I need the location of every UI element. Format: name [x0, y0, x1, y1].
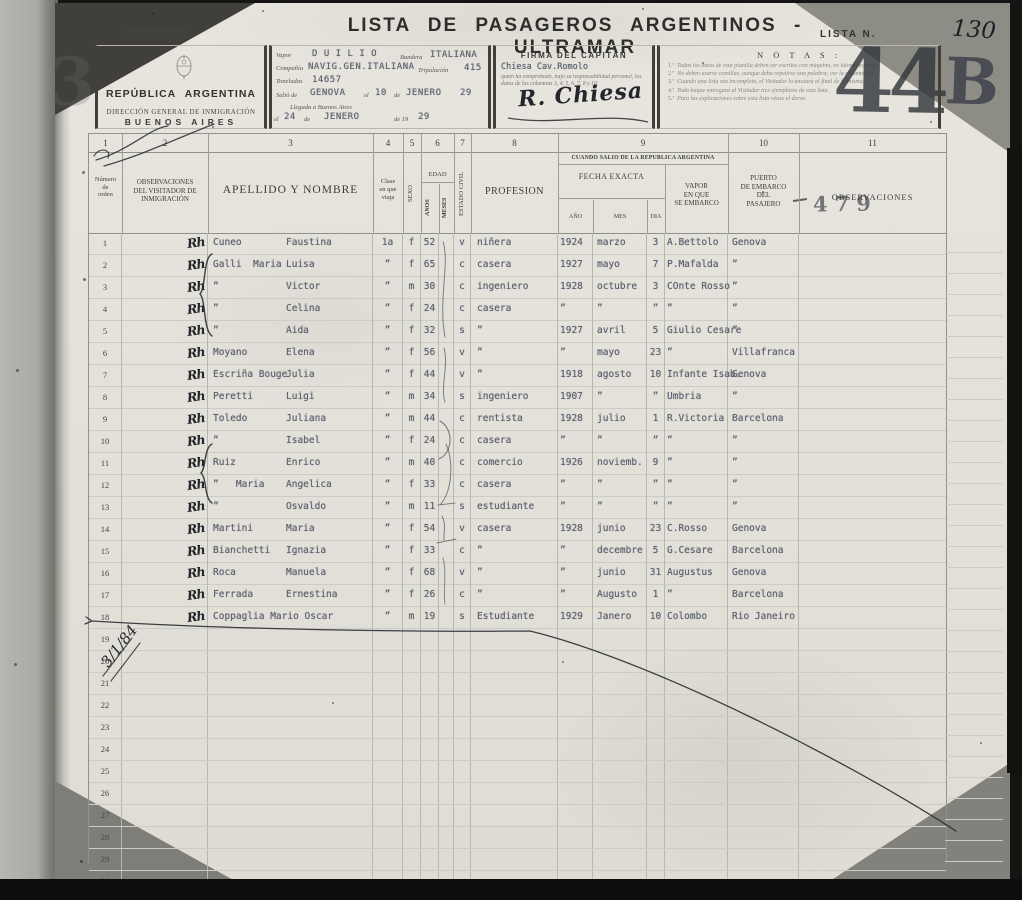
visitor-initials: Rh	[185, 518, 205, 540]
cell-civil-status	[454, 695, 471, 716]
cell-observations	[799, 761, 945, 782]
cell-age-years: 54	[421, 519, 439, 541]
cell-month: mayo	[593, 255, 647, 277]
vapor-label: Vapor	[276, 52, 292, 59]
cell-sex: f	[403, 519, 421, 541]
paper-left-shadow	[55, 3, 71, 881]
passenger-given-name: Enrico	[286, 453, 320, 473]
cell-day: ”	[647, 387, 665, 409]
cell-age-months	[439, 321, 454, 343]
cell-vapor: COnte Rosso	[665, 277, 728, 299]
dust-speck	[332, 702, 334, 704]
nota-item: 4.ªTodo buque entregará al Visitador tre…	[668, 87, 918, 95]
cell-observations	[799, 365, 945, 387]
de19-label: de 19	[394, 116, 408, 123]
cell-year: ”	[558, 475, 593, 497]
cell-month: decembre	[593, 541, 647, 563]
cell-sex	[403, 783, 421, 804]
llegada-el-label: el	[274, 116, 279, 123]
cell-age-months	[439, 761, 454, 782]
cell-order-number: 25	[89, 761, 122, 782]
header-rule	[558, 198, 665, 199]
cell-age-months	[439, 673, 454, 694]
cell-day	[647, 695, 665, 716]
cell-class	[373, 805, 403, 826]
scan-edge-bottom	[0, 879, 1022, 900]
cell-observations	[799, 255, 945, 277]
table-row: 18RhCoppaglia Mario Oscar”m19sEstudiante…	[89, 607, 946, 629]
cell-sex	[403, 651, 421, 672]
cell-class	[373, 739, 403, 760]
cell-vapor	[665, 651, 728, 672]
table-header: Número de orden OBSERVACIONES DEL VISITA…	[89, 152, 946, 234]
cell-civil-status	[454, 739, 471, 760]
cell-month	[593, 783, 647, 804]
cell-vapor: Giulio Cesare	[665, 321, 728, 343]
cell-class	[373, 849, 403, 870]
cell-port: ”	[728, 321, 799, 343]
cell-port	[728, 695, 799, 716]
cell-profession: ingeniero	[471, 387, 558, 409]
cell-class: ”	[373, 563, 403, 585]
dust-speck	[762, 191, 764, 193]
table-row: 27	[89, 805, 946, 827]
visitor-initials: Rh	[185, 364, 205, 386]
cell-day: 1	[647, 585, 665, 607]
table-row: 9RhToledoJuliana”m44crentista1928julio1R…	[89, 409, 946, 431]
cell-month	[593, 673, 647, 694]
cell-profession: niñera	[471, 233, 558, 255]
cell-name	[208, 739, 373, 760]
cell-class: ”	[373, 497, 403, 519]
cell-name	[208, 783, 373, 804]
cell-age-years: 56	[421, 343, 439, 365]
column-number-row: 1234567891011	[89, 134, 946, 153]
cell-order-number: 21	[89, 673, 122, 694]
header-rule	[665, 164, 666, 233]
cell-order-number: 16	[89, 563, 122, 585]
header-rule	[439, 184, 440, 233]
header-meses: MESES	[442, 186, 448, 230]
cell-profession: casera	[471, 431, 558, 453]
visitor-initials: Rh	[185, 276, 205, 298]
cell-age-years	[421, 739, 439, 760]
header-rule	[471, 152, 472, 233]
cell-month	[593, 629, 647, 650]
cell-visitor-mark: Rh	[122, 299, 208, 321]
table-row: 3Rh”Victor”m30cingeniero1928octubre3COnt…	[89, 277, 946, 299]
cell-month: junio	[593, 519, 647, 541]
cell-month: marzo	[593, 233, 647, 255]
cell-port: Genova	[728, 233, 799, 255]
cell-observations	[799, 717, 945, 738]
cell-age-years: 11	[421, 497, 439, 519]
cell-port: Genova	[728, 563, 799, 585]
cell-year	[558, 827, 593, 848]
captain-box: FIRMA DEL CAPITÁN Chiesa Cav.Romolo quie…	[493, 45, 655, 129]
visitor-initials: Rh	[185, 232, 205, 254]
salio-label: Salió de	[276, 92, 297, 99]
cell-civil-status: c	[454, 431, 471, 453]
cell-visitor-mark	[122, 805, 208, 826]
table-row: 5Rh”Aida”f32s”1927avril5Giulio Cesare”	[89, 321, 946, 343]
cell-civil-status	[454, 827, 471, 848]
dust-speck	[212, 126, 214, 128]
cell-vapor: A.Bettolo	[665, 233, 728, 255]
cell-civil-status	[454, 717, 471, 738]
cell-day: 31	[647, 563, 665, 585]
table-row: 15RhBianchettiIgnazia”f33c””decembre5G.C…	[89, 541, 946, 563]
cell-age-years	[421, 761, 439, 782]
passenger-surname: ”	[213, 281, 219, 292]
dust-speck	[16, 369, 19, 372]
cell-order-number: 22	[89, 695, 122, 716]
cell-visitor-mark	[122, 673, 208, 694]
compania-label: Compañía	[276, 65, 303, 72]
cell-name: ”Aida	[208, 321, 373, 343]
printer-imprint	[123, 30, 187, 33]
cell-age-months	[439, 717, 454, 738]
table-row: 22	[89, 695, 946, 717]
cell-visitor-mark: Rh	[122, 321, 208, 343]
cell-day: 23	[647, 519, 665, 541]
cell-class: ”	[373, 255, 403, 277]
header-rule	[373, 152, 374, 233]
cell-age-years: 24	[421, 299, 439, 321]
cell-observations	[799, 849, 945, 870]
cell-month: ”	[593, 387, 647, 409]
nota-item: 1.ªTodos los datos de esta planilla debe…	[668, 62, 918, 70]
cell-visitor-mark	[122, 783, 208, 804]
cell-name: Escriña BougeJulia	[208, 365, 373, 387]
cell-sex: m	[403, 387, 421, 409]
cell-visitor-mark: Rh	[122, 475, 208, 497]
ruled-lines-right-margin	[945, 232, 1003, 862]
cell-year: 1929	[558, 607, 593, 629]
cell-year: 1907	[558, 387, 593, 409]
cell-order-number: 4	[89, 299, 122, 321]
cell-name: MoyanoElena	[208, 343, 373, 365]
cell-name	[208, 849, 373, 870]
cell-class	[373, 629, 403, 650]
table-row: 28	[89, 827, 946, 849]
cell-month	[593, 695, 647, 716]
cell-name: Galli MariaLuisa	[208, 255, 373, 277]
cell-visitor-mark	[122, 761, 208, 782]
cell-observations	[799, 629, 945, 650]
visitor-initials: Rh	[185, 562, 205, 584]
cell-class: ”	[373, 607, 403, 629]
cell-month: ”	[593, 497, 647, 519]
cell-month	[593, 849, 647, 870]
cell-port	[728, 805, 799, 826]
header-rule	[454, 152, 455, 233]
cell-sex	[403, 717, 421, 738]
cell-profession: ”	[471, 563, 558, 585]
cell-civil-status: v	[454, 563, 471, 585]
cell-year: ”	[558, 585, 593, 607]
cell-name	[208, 827, 373, 848]
tripulacion-label: Tripulación	[418, 67, 448, 74]
cell-year: ”	[558, 497, 593, 519]
cell-sex: f	[403, 541, 421, 563]
cell-visitor-mark: Rh	[122, 277, 208, 299]
cell-observations	[799, 277, 945, 299]
cell-civil-status: c	[454, 453, 471, 475]
compania-value: NAVIG.GEN.ITALIANA	[308, 62, 415, 72]
nota-item: 2.ªNo deben usarse comillas, aunque deba…	[668, 70, 918, 78]
cell-order-number: 15	[89, 541, 122, 563]
cell-age-years	[421, 673, 439, 694]
cell-order-number: 10	[89, 431, 122, 453]
salio-year: 29	[460, 88, 472, 98]
notas-box: N O T A S : 1.ªTodos los datos de esta p…	[657, 45, 941, 129]
cell-age-months	[439, 541, 454, 563]
cell-name: RocaManuela	[208, 563, 373, 585]
dust-speck	[262, 10, 264, 12]
header-rule	[558, 164, 728, 165]
cell-day	[647, 651, 665, 672]
cell-profession: comercio	[471, 453, 558, 475]
cell-port	[728, 673, 799, 694]
passenger-surname: Roca	[213, 567, 236, 578]
cell-month	[593, 805, 647, 826]
cell-class	[373, 717, 403, 738]
salio-month: JENERO	[406, 88, 442, 98]
cell-age-months	[439, 343, 454, 365]
cell-sex: f	[403, 233, 421, 255]
cell-day	[647, 717, 665, 738]
cell-visitor-mark: Rh	[122, 453, 208, 475]
passenger-surname: Cuneo	[213, 237, 242, 248]
cell-year	[558, 673, 593, 694]
cell-vapor: ”	[665, 585, 728, 607]
table-row: 7RhEscriña BougeJulia”f44v”1918agosto10I…	[89, 365, 946, 387]
cell-year: 1924	[558, 233, 593, 255]
cell-vapor: P.Mafalda	[665, 255, 728, 277]
cell-civil-status: v	[454, 365, 471, 387]
cell-observations	[799, 607, 945, 629]
passenger-given-name: Luigi	[286, 387, 315, 407]
cell-profession	[471, 739, 558, 760]
cell-month	[593, 739, 647, 760]
header-cuando-salio: CUANDO SALIO DE LA REPUBLICA ARGENTINA	[558, 155, 728, 161]
cell-observations	[799, 519, 945, 541]
cell-sex	[403, 761, 421, 782]
cell-sex: f	[403, 431, 421, 453]
cell-age-years: 52	[421, 233, 439, 255]
cell-observations	[799, 805, 945, 826]
table-row: 11RhRuizEnrico”m40ccomercio1926noviemb.9…	[89, 453, 946, 475]
cell-port: Barcelona	[728, 541, 799, 563]
cell-profession	[471, 695, 558, 716]
cell-order-number: 6	[89, 343, 122, 365]
cell-age-years: 32	[421, 321, 439, 343]
table-row: 29	[89, 849, 946, 871]
header-rule	[208, 152, 209, 233]
cell-age-months	[439, 497, 454, 519]
cell-class	[373, 783, 403, 804]
cell-civil-status: v	[454, 233, 471, 255]
passenger-given-name: Faustina	[286, 233, 332, 253]
cell-profession: ”	[471, 541, 558, 563]
cell-order-number: 28	[89, 827, 122, 848]
cell-month: octubre	[593, 277, 647, 299]
cell-class: ”	[373, 585, 403, 607]
column-number-2: 2	[122, 134, 208, 152]
passenger-given-name: Victor	[286, 277, 320, 297]
cell-year: 1927	[558, 255, 593, 277]
cell-port: Genova	[728, 365, 799, 387]
cell-port	[728, 739, 799, 760]
header-observaciones: OBSERVACIONES	[799, 192, 946, 202]
table-body: 1RhCuneoFaustina1af52vniñera1924marzo3A.…	[89, 233, 946, 881]
cell-observations	[799, 343, 945, 365]
cell-class: ”	[373, 343, 403, 365]
cell-vapor: ”	[665, 343, 728, 365]
cell-civil-status: c	[454, 475, 471, 497]
cell-civil-status	[454, 761, 471, 782]
llegada-label: Llegada a Buenos Aires	[290, 104, 352, 111]
cell-age-years: 65	[421, 255, 439, 277]
table-row: 12Rh” MariaAngelica”f33ccasera”””””	[89, 475, 946, 497]
cell-civil-status: c	[454, 541, 471, 563]
cell-vapor	[665, 783, 728, 804]
cell-vapor	[665, 629, 728, 650]
signature-flourish	[496, 46, 656, 130]
cell-year	[558, 761, 593, 782]
cell-class	[373, 695, 403, 716]
cell-vapor	[665, 673, 728, 694]
cell-name: CuneoFaustina	[208, 233, 373, 255]
cell-age-months	[439, 629, 454, 650]
cell-sex: m	[403, 497, 421, 519]
table-row: 25	[89, 761, 946, 783]
column-number-6: 6	[421, 134, 454, 152]
cell-civil-status	[454, 629, 471, 650]
header-ano: AÑO	[558, 214, 593, 220]
cell-month	[593, 827, 647, 848]
cell-month: ”	[593, 299, 647, 321]
cell-day: 3	[647, 233, 665, 255]
cell-port	[728, 849, 799, 870]
cell-observations	[799, 739, 945, 760]
cell-sex: f	[403, 255, 421, 277]
cell-vapor: ”	[665, 475, 728, 497]
cell-order-number: 27	[89, 805, 122, 826]
header-vapor-embarco: VAPOR EN QUE SE EMBARCO	[665, 182, 728, 208]
tripulacion-value: 415	[464, 63, 482, 73]
table-row: 17RhFerradaErnestina”f26c””Augusto1”Barc…	[89, 585, 946, 607]
document-paper: LISTA DE PASAGEROS ARGENTINOS - ULTRAMAR…	[55, 3, 1010, 881]
cell-vapor	[665, 805, 728, 826]
cell-civil-status	[454, 805, 471, 826]
cell-age-years	[421, 783, 439, 804]
passenger-surname: Ferrada	[213, 589, 253, 600]
dust-speck	[83, 278, 86, 281]
cell-observations	[799, 827, 945, 848]
cell-observations	[799, 387, 945, 409]
cell-civil-status: s	[454, 607, 471, 629]
cell-age-months	[439, 255, 454, 277]
cell-sex: m	[403, 607, 421, 629]
cell-civil-status: c	[454, 255, 471, 277]
cell-sex	[403, 673, 421, 694]
visitor-initials: Rh	[185, 254, 205, 276]
cell-age-years	[421, 805, 439, 826]
bandera-value: ITALIANA	[430, 50, 477, 60]
llegada-day: 24	[284, 112, 296, 122]
cell-class: ”	[373, 453, 403, 475]
cell-civil-status	[454, 783, 471, 804]
cell-year: 1928	[558, 409, 593, 431]
cell-age-years: 30	[421, 277, 439, 299]
cell-profession: casera	[471, 255, 558, 277]
cell-name: ”Osvaldo	[208, 497, 373, 519]
header-rule	[593, 200, 594, 233]
cell-vapor: ”	[665, 431, 728, 453]
left-edge-faded-stamp: 3	[55, 43, 95, 121]
cell-day: ”	[647, 475, 665, 497]
dust-speck	[80, 860, 83, 863]
column-number-9: 9	[558, 134, 728, 152]
column-number-5: 5	[403, 134, 421, 152]
cell-name: PerettiLuigi	[208, 387, 373, 409]
table-row: 19	[89, 629, 946, 651]
cell-port: ”	[728, 277, 799, 299]
column-number-8: 8	[471, 134, 558, 152]
cell-day	[647, 629, 665, 650]
cell-class: ”	[373, 299, 403, 321]
header-rule	[403, 152, 404, 233]
cell-civil-status: c	[454, 277, 471, 299]
cell-year	[558, 805, 593, 826]
cell-class	[373, 651, 403, 672]
toneladas-label: Toneladas	[276, 78, 303, 85]
cell-sex	[403, 695, 421, 716]
header-rule	[799, 152, 800, 233]
cell-vapor: Umbria	[665, 387, 728, 409]
header-dia: DIA	[647, 214, 665, 220]
cell-class	[373, 827, 403, 848]
cell-order-number: 13	[89, 497, 122, 519]
cell-age-years: 33	[421, 475, 439, 497]
cell-day: ”	[647, 431, 665, 453]
cell-order-number: 26	[89, 783, 122, 804]
cell-profession: ”	[471, 321, 558, 343]
dust-speck	[980, 742, 982, 744]
cell-visitor-mark: Rh	[122, 365, 208, 387]
cell-sex: m	[403, 409, 421, 431]
buenos-aires-label: BUENOS AIRES	[98, 117, 264, 127]
cell-name: ”Victor	[208, 277, 373, 299]
cell-age-months	[439, 651, 454, 672]
cell-vapor: ”	[665, 497, 728, 519]
vapor-value: D U I L I O	[312, 49, 377, 59]
cell-sex: f	[403, 365, 421, 387]
cell-profession	[471, 805, 558, 826]
cell-month: ”	[593, 475, 647, 497]
notas-list: 1.ªTodos los datos de esta planilla debe…	[668, 62, 918, 103]
cell-observations	[799, 673, 945, 694]
cell-class: ”	[373, 475, 403, 497]
column-number-7: 7	[454, 134, 471, 152]
cell-civil-status: v	[454, 519, 471, 541]
table-row: 21	[89, 673, 946, 695]
cell-age-months	[439, 299, 454, 321]
cell-vapor	[665, 849, 728, 870]
cell-year	[558, 695, 593, 716]
